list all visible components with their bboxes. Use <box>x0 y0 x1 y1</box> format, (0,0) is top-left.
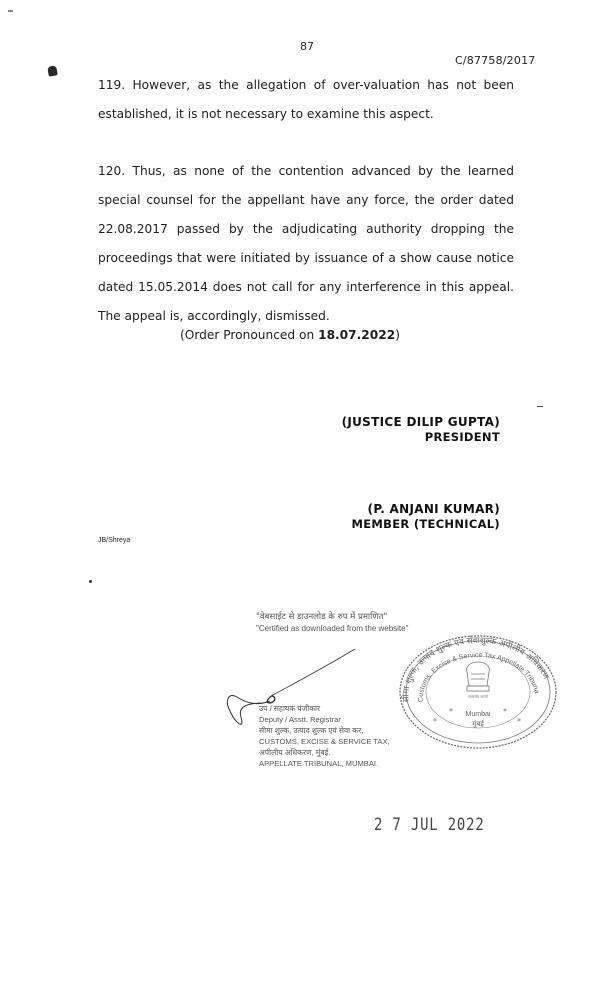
svg-text:सत्यमेव जयते: सत्यमेव जयते <box>468 694 488 699</box>
scan-speck <box>8 10 13 12</box>
pronounced-prefix: (Order Pronounced on <box>180 328 318 342</box>
scan-speck <box>89 580 92 583</box>
scan-speck <box>537 406 543 407</box>
registrar-line: APPELLATE TRIBUNAL, MUMBAI. <box>259 758 390 769</box>
svg-text:*: * <box>517 717 521 726</box>
svg-text:*: * <box>449 707 453 716</box>
signatory-member: (P. ANJANI KUMAR) MEMBER (TECHNICAL) <box>352 502 500 532</box>
paragraph-line: The appeal is, accordingly, dismissed. <box>98 302 514 331</box>
tribunal-seal-icon: सीमा शुल्क, उत्पाद शुल्क एवं सेवाशुल्क अ… <box>395 632 560 752</box>
signatory-title: MEMBER (TECHNICAL) <box>352 517 500 532</box>
paragraph-line: dated 15.05.2014 does not call for any i… <box>98 273 514 302</box>
signatory-title: PRESIDENT <box>342 430 500 445</box>
hole-punch-mark <box>47 65 58 76</box>
paragraph-line: 120. Thus, as none of the contention adv… <box>98 157 514 186</box>
paragraph-line: proceedings that were initiated by issua… <box>98 244 514 273</box>
registrar-line: अपीलीय अधिकरण, मुंबई. <box>259 747 390 758</box>
svg-text:*: * <box>503 707 507 716</box>
svg-text:*: * <box>433 717 437 726</box>
signatory-name: (P. ANJANI KUMAR) <box>352 502 500 517</box>
signatory-president: (JUSTICE DILIP GUPTA) PRESIDENT <box>342 415 500 445</box>
pronounced-suffix: ) <box>395 328 400 342</box>
paragraph-120: 120. Thus, as none of the contention adv… <box>98 157 514 331</box>
registrar-line: सीमा शुल्क, उत्पाद शुल्क एवं सेवा कर, <box>259 725 390 736</box>
svg-text:Mumbai: Mumbai <box>466 711 491 718</box>
typist-initials: JB/Shreya <box>98 537 130 544</box>
registrar-line: उप / सहायक पंजीकार <box>259 703 390 714</box>
paragraph-line: special counsel for the appellant have a… <box>98 186 514 215</box>
signatory-name: (JUSTICE DILIP GUPTA) <box>342 415 500 430</box>
certification-english: "Certified as downloaded from the websit… <box>256 624 408 633</box>
received-date-stamp: 2 7 JUL 2022 <box>374 815 485 835</box>
registrar-stamp: उप / सहायक पंजीकार Deputy / Asstt. Regis… <box>259 703 390 769</box>
registrar-line: CUSTOMS, EXCISE & SERVICE TAX, <box>259 736 390 747</box>
paragraph-119: 119. However, as the allegation of over-… <box>98 71 514 129</box>
paragraph-line: established, it is not necessary to exam… <box>98 100 514 129</box>
paragraph-line: 119. However, as the allegation of over-… <box>98 71 514 100</box>
svg-text:मुंबई: मुंबई <box>472 719 485 728</box>
certification-hindi: "वेबसाईट से डाउनलोड के रुप में प्रमाणित" <box>256 611 387 622</box>
order-pronounced-line: (Order Pronounced on 18.07.2022) <box>180 328 400 342</box>
registrar-line: Deputy / Asstt. Registrar <box>259 714 390 725</box>
pronounced-date: 18.07.2022 <box>318 328 395 342</box>
case-number: C/87758/2017 <box>455 54 535 67</box>
page-number: 87 <box>300 40 314 53</box>
paragraph-line: 22.08.2017 passed by the adjudicating au… <box>98 215 514 244</box>
